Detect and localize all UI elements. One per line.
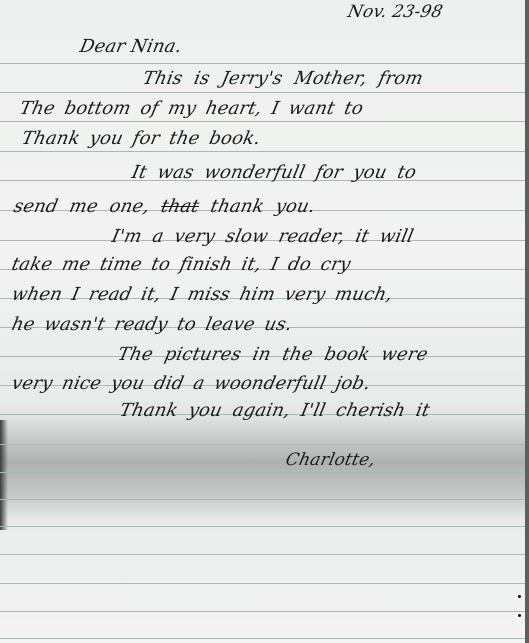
page-right-border (525, 0, 529, 643)
letter-line: Thank you again, I'll cherish it (118, 400, 432, 421)
ruled-line (0, 63, 525, 64)
ruled-line (0, 472, 525, 473)
ruled-line (0, 583, 525, 584)
letter-line: This is Jerry's Mother, from (141, 68, 425, 89)
ruled-line (0, 444, 525, 445)
letter-line: send me one, that thank you. (12, 196, 317, 217)
letter-line: very nice you did a woonderfull job. (10, 373, 373, 394)
ruled-line (0, 638, 525, 639)
ruled-line (0, 499, 525, 500)
ruled-line (0, 526, 525, 527)
letter-line: he wasn't ready to leave us. (10, 314, 294, 335)
ruled-line (0, 151, 525, 152)
letter-line: I'm a very slow reader, it will (110, 226, 416, 247)
letter-line: The pictures in the book were (116, 344, 430, 365)
letter-line: The bottom of my heart, I want to (18, 98, 366, 119)
ruled-line (0, 121, 525, 122)
scan-speck (518, 614, 521, 617)
page-edge-shadow (0, 420, 8, 530)
struck-word: that (159, 196, 201, 217)
letter-line: take me time to finish it, I do cry (10, 254, 353, 275)
letter-line-text: send me one, (12, 196, 152, 217)
salutation: Dear Nina. (78, 36, 184, 57)
letter-line: Thank you for the book. (20, 128, 263, 149)
ruled-line (0, 611, 525, 612)
signature: Charlotte, (284, 450, 377, 470)
letter-page: Nov. 23-98 Dear Nina. This is Jerry's Mo… (0, 0, 529, 643)
ruled-line (0, 92, 525, 93)
letter-line: when I read it, I miss him very much, (10, 284, 395, 305)
ruled-line (0, 554, 525, 555)
letter-line: It was wonderfull for you to (130, 162, 419, 183)
scan-speck (518, 595, 521, 598)
letter-line-text: thank you. (209, 196, 318, 217)
letter-date: Nov. 23-98 (346, 2, 445, 22)
fold-shadow (0, 418, 529, 518)
